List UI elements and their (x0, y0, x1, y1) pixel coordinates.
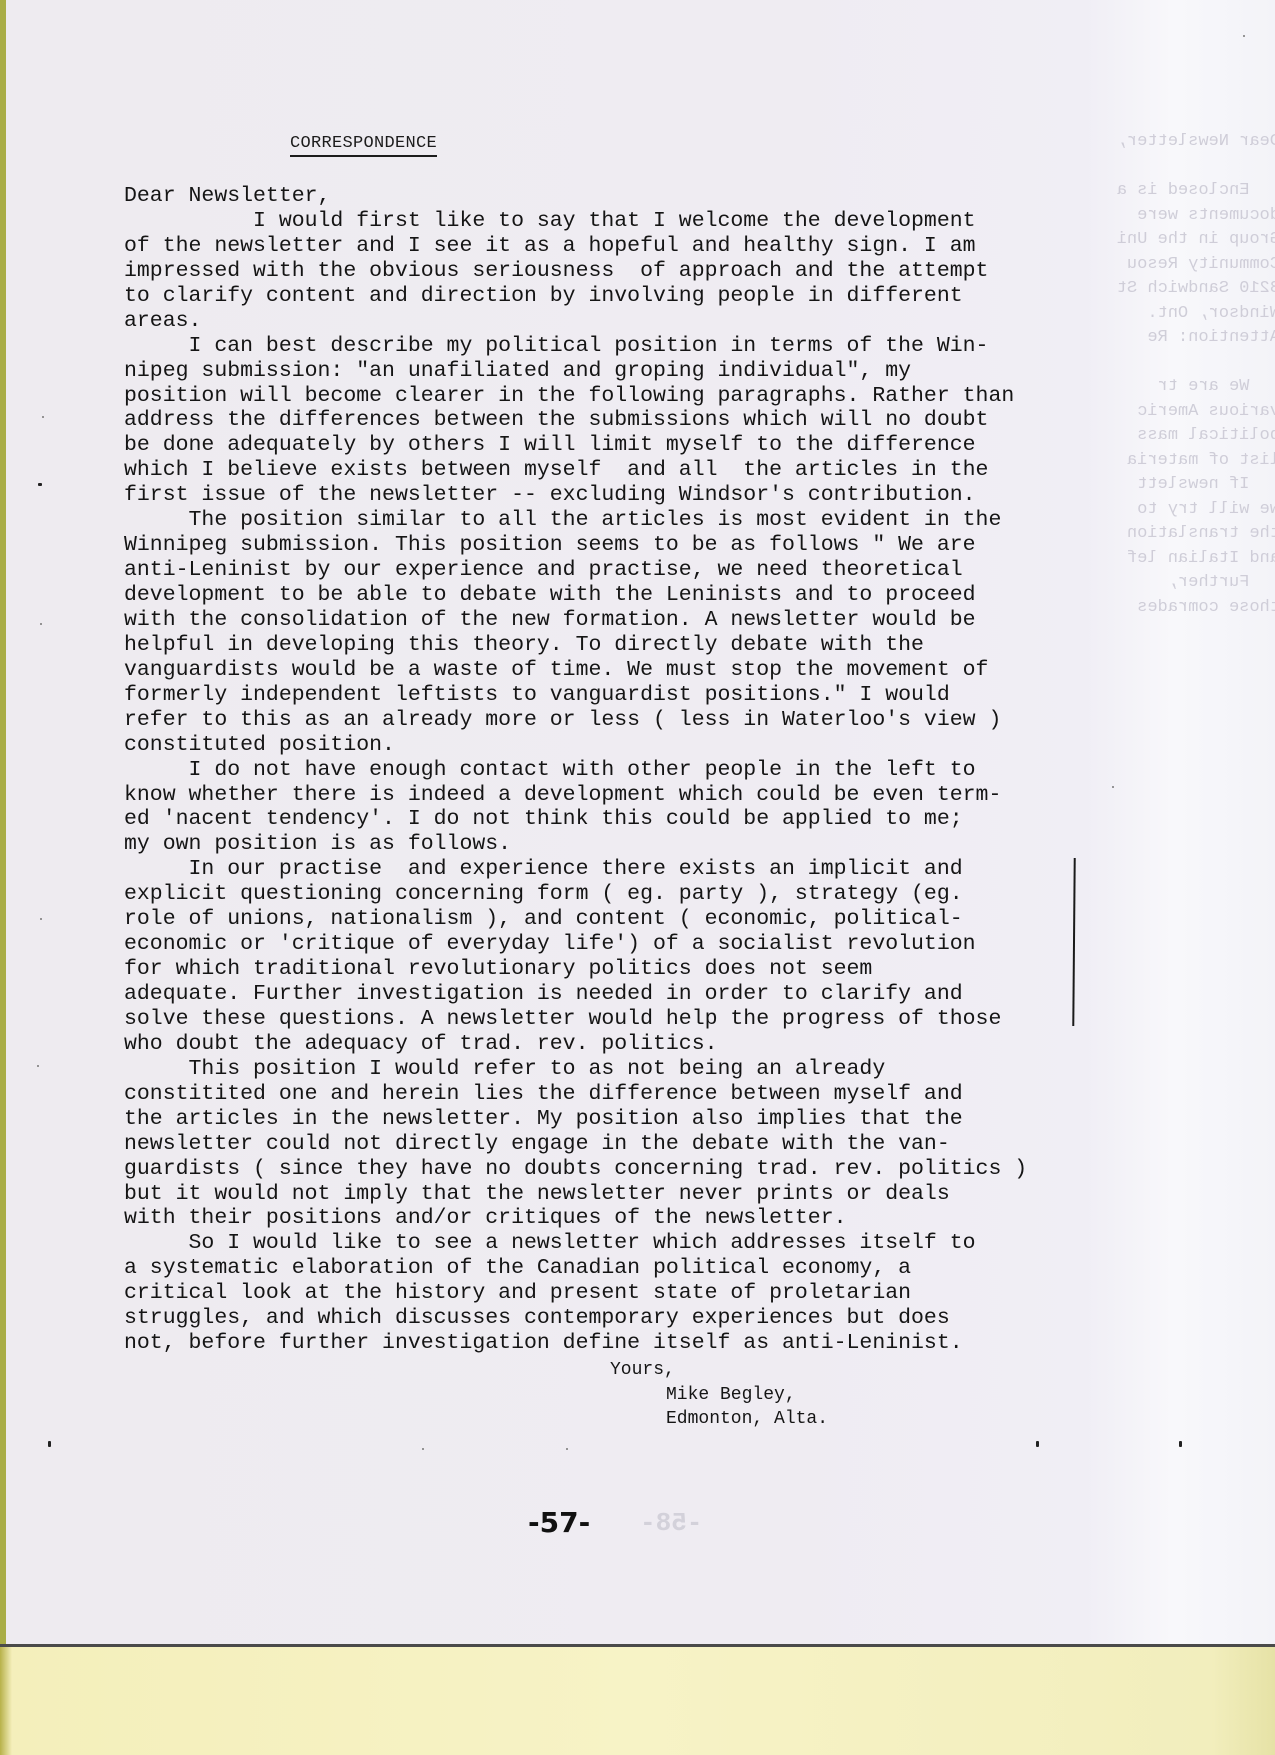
body-line: address the differences between the subm… (124, 408, 1024, 433)
body-line: my own position is as follows. (124, 832, 1024, 857)
scanner-background (0, 1647, 1275, 1755)
scan-speck (1179, 1441, 1182, 1447)
scan-speck (1243, 35, 1245, 37)
scan-speck (38, 483, 42, 486)
scan-speck (422, 1448, 424, 1450)
body-line: In our practise and experience there exi… (124, 857, 1024, 882)
scan-speck (37, 1065, 39, 1067)
body-line: solve these questions. A newsletter woul… (124, 1007, 1024, 1032)
scan-speck (40, 623, 42, 625)
body-line: explicit questioning concerning form ( e… (124, 882, 1024, 907)
body-line: which I believe exists between myself an… (124, 458, 1024, 483)
body-line: know whether there is indeed a developme… (124, 783, 1024, 808)
page-title: CORRESPONDENCE (290, 134, 437, 157)
body-line: impressed with the obvious seriousness o… (124, 259, 1024, 284)
body-line: first issue of the newsletter -- excludi… (124, 483, 1024, 508)
body-line: constituted position. (124, 733, 1024, 758)
show-through-line (1040, 351, 1275, 376)
body-line: I would first like to say that I welcome… (124, 209, 1024, 234)
signature-name: Mike Begley, (666, 1383, 796, 1407)
body-line: newsletter could not directly engage in … (124, 1132, 1024, 1157)
body-line: with their positions and/or critiques of… (124, 1206, 1024, 1231)
show-through-line: Enclosed is a (1040, 179, 1275, 204)
body-line: I do not have enough contact with other … (124, 758, 1024, 783)
show-through-line: political mass (1040, 424, 1275, 449)
signature-location: Edmonton, Alta. (666, 1407, 828, 1431)
body-line: struggles, and which discusses contempor… (124, 1306, 1024, 1331)
body-line: a systematic elaboration of the Canadian… (124, 1256, 1024, 1281)
page-number: -57- (528, 1506, 590, 1539)
body-line: development to be able to debate with th… (124, 583, 1024, 608)
body-line: with the consolidation of the new format… (124, 608, 1024, 633)
show-through-line: 3210 Sandwich St (1040, 277, 1275, 302)
closing: Yours, (610, 1358, 675, 1382)
body-line: helpful in developing this theory. To di… (124, 633, 1024, 658)
show-through-line: those comrades (1040, 596, 1275, 621)
letter-body: Dear Newsletter, I would first like to s… (124, 184, 1024, 1356)
body-line: to clarify content and direction by invo… (124, 284, 1024, 309)
show-through-line: We are tr (1040, 375, 1275, 400)
body-line: areas. (124, 309, 1024, 334)
body-line: position will become clearer in the foll… (124, 384, 1024, 409)
body-line: nipeg submission: "an unafiliated and gr… (124, 359, 1024, 384)
show-through-line: and Italian lef (1040, 547, 1275, 572)
body-line: guardists ( since they have no doubts co… (124, 1157, 1024, 1182)
body-line: economic or 'critique of everyday life')… (124, 932, 1024, 957)
body-line: Winnipeg submission. This position seems… (124, 533, 1024, 558)
body-line: for which traditional revolutionary poli… (124, 957, 1024, 982)
body-line: So I would like to see a newsletter whic… (124, 1231, 1024, 1256)
show-through-line: documents were (1040, 204, 1275, 229)
show-through-line: Dear Newsletter, (1040, 130, 1275, 155)
show-through-line: Community Resou (1040, 253, 1275, 278)
scan-speck (42, 416, 44, 418)
body-line: the articles in the newsletter. My posit… (124, 1107, 1024, 1132)
scan-speck (48, 1441, 51, 1447)
body-line: constitited one and herein lies the diff… (124, 1082, 1024, 1107)
scan-speck (40, 918, 42, 920)
salutation: Dear Newsletter, (124, 184, 1024, 209)
body-line: anti-Leninist by our experience and prac… (124, 558, 1024, 583)
body-line: but it would not imply that the newslett… (124, 1182, 1024, 1207)
scan-speck (1112, 786, 1114, 788)
show-through-line: Windsor, Ont. (1040, 302, 1275, 327)
body-line: vanguardists would be a waste of time. W… (124, 658, 1024, 683)
body-line: The position similar to all the articles… (124, 508, 1024, 533)
body-line: of the newsletter and I see it as a hope… (124, 234, 1024, 259)
show-through-line: Group in the Uni (1040, 228, 1275, 253)
body-line: formerly independent leftists to vanguar… (124, 683, 1024, 708)
show-through-line: various Americ (1040, 400, 1275, 425)
show-through-line: Attention: Re (1040, 326, 1275, 351)
show-through-text: Dear Newsletter, Enclosed is adocuments … (1040, 130, 1275, 620)
show-through-page-number: -58- (640, 1508, 702, 1538)
show-through-line (1040, 155, 1275, 180)
body-line: role of unions, nationalism ), and conte… (124, 907, 1024, 932)
scan-speck (1036, 1441, 1039, 1447)
show-through-line: the translation (1040, 522, 1275, 547)
body-line: I can best describe my political positio… (124, 334, 1024, 359)
body-line: This position I would refer to as not be… (124, 1057, 1024, 1082)
body-line: be done adequately by others I will limi… (124, 433, 1024, 458)
body-line: adequate. Further investigation is neede… (124, 982, 1024, 1007)
body-line: ed 'nacent tendency'. I do not think thi… (124, 807, 1024, 832)
show-through-line: list of materia (1040, 449, 1275, 474)
body-line: who doubt the adequacy of trad. rev. pol… (124, 1032, 1024, 1057)
show-through-line: If newslett (1040, 473, 1275, 498)
show-through-line: Further, (1040, 571, 1275, 596)
scan-speck (566, 1448, 568, 1450)
body-line: critical look at the history and present… (124, 1281, 1024, 1306)
show-through-line: we will try to (1040, 498, 1275, 523)
body-line: refer to this as an already more or less… (124, 708, 1024, 733)
body-line: not, before further investigation define… (124, 1331, 1024, 1356)
